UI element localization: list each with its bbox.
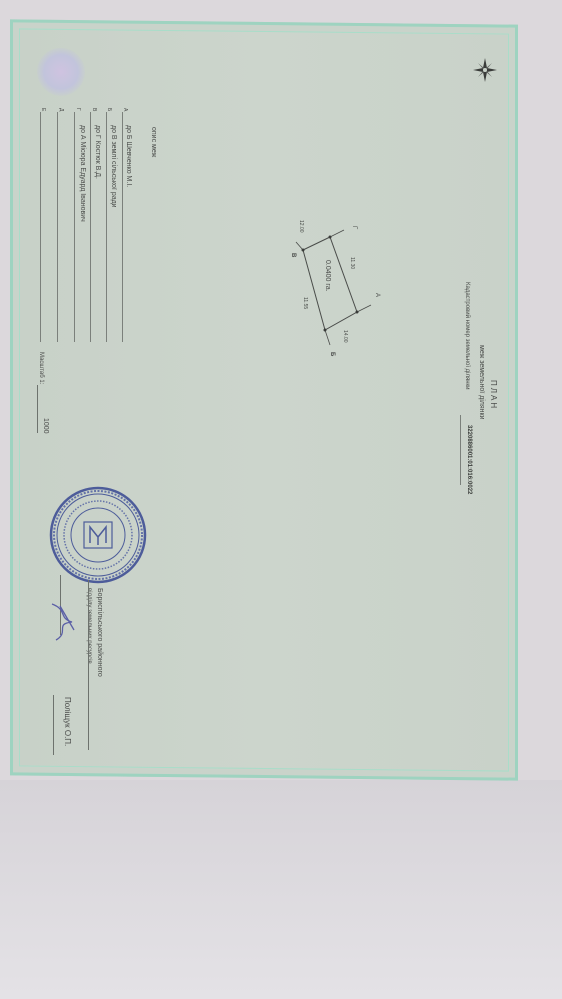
scale-label: Масштаб 1: (38, 352, 44, 384)
compass-rose-icon (470, 55, 500, 85)
boundary-row-text: до В землі сільської ради (110, 125, 117, 208)
handwritten-signature (48, 600, 78, 645)
plot-area: 0.0400 га. (324, 260, 331, 292)
side-label-3: 11.30 (349, 257, 355, 269)
signature-org: Бориспільського районного (96, 588, 103, 677)
document-subtitle: меж земельної ділянки (478, 345, 485, 419)
point-label-a: А (374, 293, 380, 297)
row-line (40, 112, 41, 342)
background-surface (0, 780, 562, 999)
boundary-row-text: до А Місюра Едуард Іванович (79, 125, 86, 222)
side-label-1: 11.55 (302, 297, 308, 309)
point-label-b: Б (329, 352, 335, 356)
plan-document (10, 19, 518, 780)
signature-line (88, 580, 89, 750)
scale-value: 1000 (42, 418, 49, 434)
row-line (106, 112, 107, 342)
cadastral-underline (460, 415, 461, 485)
point-label-g: Г (351, 226, 357, 229)
boundary-row-text: до Б Шевченко М.І. (125, 125, 132, 187)
row-marker: Д (58, 108, 64, 111)
row-marker: Б (106, 108, 112, 111)
cadastral-number: 3220886001:01:016:0022 (466, 425, 472, 494)
hologram-sticker (37, 48, 85, 97)
row-line (57, 112, 58, 342)
cadastral-label: Кадастровий номер земельної ділянки (464, 282, 470, 390)
signature-dept: відділу земельних ресурсів (86, 588, 92, 664)
boundary-row-text: до Г Костюк В.Д. (94, 125, 101, 179)
document-border (19, 28, 509, 771)
signatory-name: Поліщук О.П. (63, 697, 72, 746)
row-marker: Е (40, 108, 46, 111)
row-line (122, 112, 123, 342)
row-marker: В (91, 108, 97, 111)
row-marker: Г (75, 108, 81, 111)
side-label-4: 12.00 (298, 220, 304, 233)
boundaries-heading: опис меж (150, 127, 157, 157)
row-line (90, 112, 91, 342)
document-title: ПЛАН (489, 380, 498, 410)
row-line (74, 112, 75, 342)
side-label-2: 14.00 (342, 330, 348, 343)
official-stamp (48, 485, 148, 585)
row-marker: А (122, 108, 128, 111)
point-label-v: В (290, 253, 296, 257)
name-underline (53, 695, 54, 755)
scale-underline (37, 385, 38, 433)
